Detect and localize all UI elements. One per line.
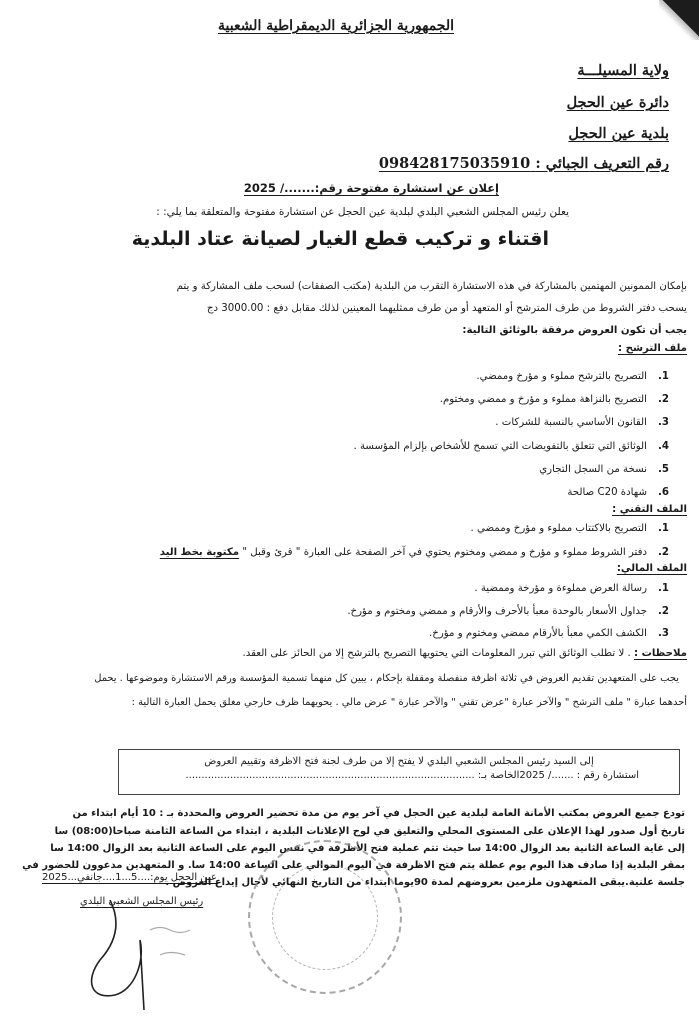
document-page: الجمهورية الجزائرية الديمقراطية الشعبية … (0, 0, 699, 1024)
candidature-item: 3.القانون الأساسي بالنسبة للشركات . (495, 417, 669, 428)
financial-title: الملف المالي: (617, 563, 687, 574)
candidature-item: 2.التصريح بالنزاهة مملوء و مؤرخ و ممضي و… (440, 394, 669, 405)
candidature-item: 5.نسخة من السجل التجاري (539, 464, 669, 475)
technical-item: 1.التصريح بالاكتتاب مملوء و مؤرخ وممضي . (471, 523, 670, 534)
announcement-title: إعلان عن استشارة مفتوحة رقم:......./ 202… (244, 181, 499, 195)
envelope-line1: إلى السيد رئيس المجلس الشعبي البلدي لا ي… (119, 756, 679, 767)
envelope-label-box: إلى السيد رئيس المجلس الشعبي البلدي لا ي… (118, 749, 680, 795)
candidature-item: 4.الوثائق التي تتعلق بالتفويضات التي تسم… (353, 441, 669, 452)
candidature-item: 1.التصريح بالترشح مملوء و مؤرخ وممضي. (476, 371, 669, 382)
financial-item: 1.رسالة العرض مملوءة و مؤرخة وممضية . (474, 583, 669, 594)
candidature-item: 6.شهادة C20 صالحة (567, 487, 669, 498)
announcement-subject: اقتناء و تركيب قطع الغيار لصيانة عتاد ال… (132, 228, 549, 250)
deposit-line5: جلسة علنية.يبقى المتعهدون ملزمين بعروضهم… (165, 877, 685, 888)
daira-label: دائرة عين الحجل (567, 94, 669, 111)
technical-title: الملف التقني : (612, 504, 687, 515)
notes-label: ملاحظات : (634, 648, 687, 659)
financial-item: 2.جداول الأسعار بالوحدة معبأ بالأحرف وال… (347, 606, 669, 617)
wilaya-label: ولاية المسيلـــة (577, 62, 669, 79)
tax-id-row: رقم التعريف الجبائي : 098428175035910 (379, 155, 669, 172)
para2: يجب أن تكون العروض مرفقة بالوثائق التالي… (462, 325, 687, 336)
notes-para-line2: أحدهما عبارة " ملف الترشح " والآخر عبارة… (132, 697, 687, 708)
financial-item: 3.الكشف الكمي معبأ بالأرقام ممضي ومختوم … (429, 628, 669, 639)
handwritten-emphasis: مكتوبة بخط اليد (160, 547, 239, 558)
deposit-line1: تودع جميع العروض بمكتب الأمانة العامة لب… (72, 808, 685, 819)
para1-line1: بإمكان الممونين المهتمين بالمشاركة في هذ… (177, 281, 687, 292)
commune-label: بلدية عين الحجل (568, 125, 669, 142)
place-date: عين الحجل يوم:....5...1....جانفي...2025 (42, 872, 217, 883)
tax-id-value: 098428175035910 (379, 155, 530, 172)
technical-item: 2.دفتر الشروط مملوء و مؤرخ و ممضي ومختوم… (160, 547, 669, 558)
announcement-intro: يعلن رئيس المجلس الشعبي البلدي لبلدية عي… (156, 206, 569, 218)
para1-line2: يسحب دفتر الشروط من طرف المترشح أو المتع… (207, 303, 687, 314)
notes-text: . لا تطلب الوثائق التي تبرر المعلومات ال… (243, 648, 634, 659)
deposit-line2: تاريخ أول صدور لهذا الإعلان على المستوى … (55, 826, 685, 837)
republic-header: الجمهورية الجزائرية الديمقراطية الشعبية (218, 18, 454, 34)
notes-row: ملاحظات : . لا تطلب الوثائق التي تبرر ال… (243, 648, 687, 659)
official-stamp (248, 840, 402, 994)
tax-id-label: رقم التعريف الجبائي : (535, 155, 669, 172)
page-fold (659, 0, 699, 40)
notes-para-line1: يجب على المتعهدين تقديم العروض في ثلاثة … (94, 673, 679, 684)
handwritten-signature-icon (40, 900, 220, 1010)
candidature-title: ملف الترشح : (618, 343, 687, 354)
envelope-line2: استشارة رقم : ......./ 2025الخاصة بـ: ..… (119, 770, 679, 781)
